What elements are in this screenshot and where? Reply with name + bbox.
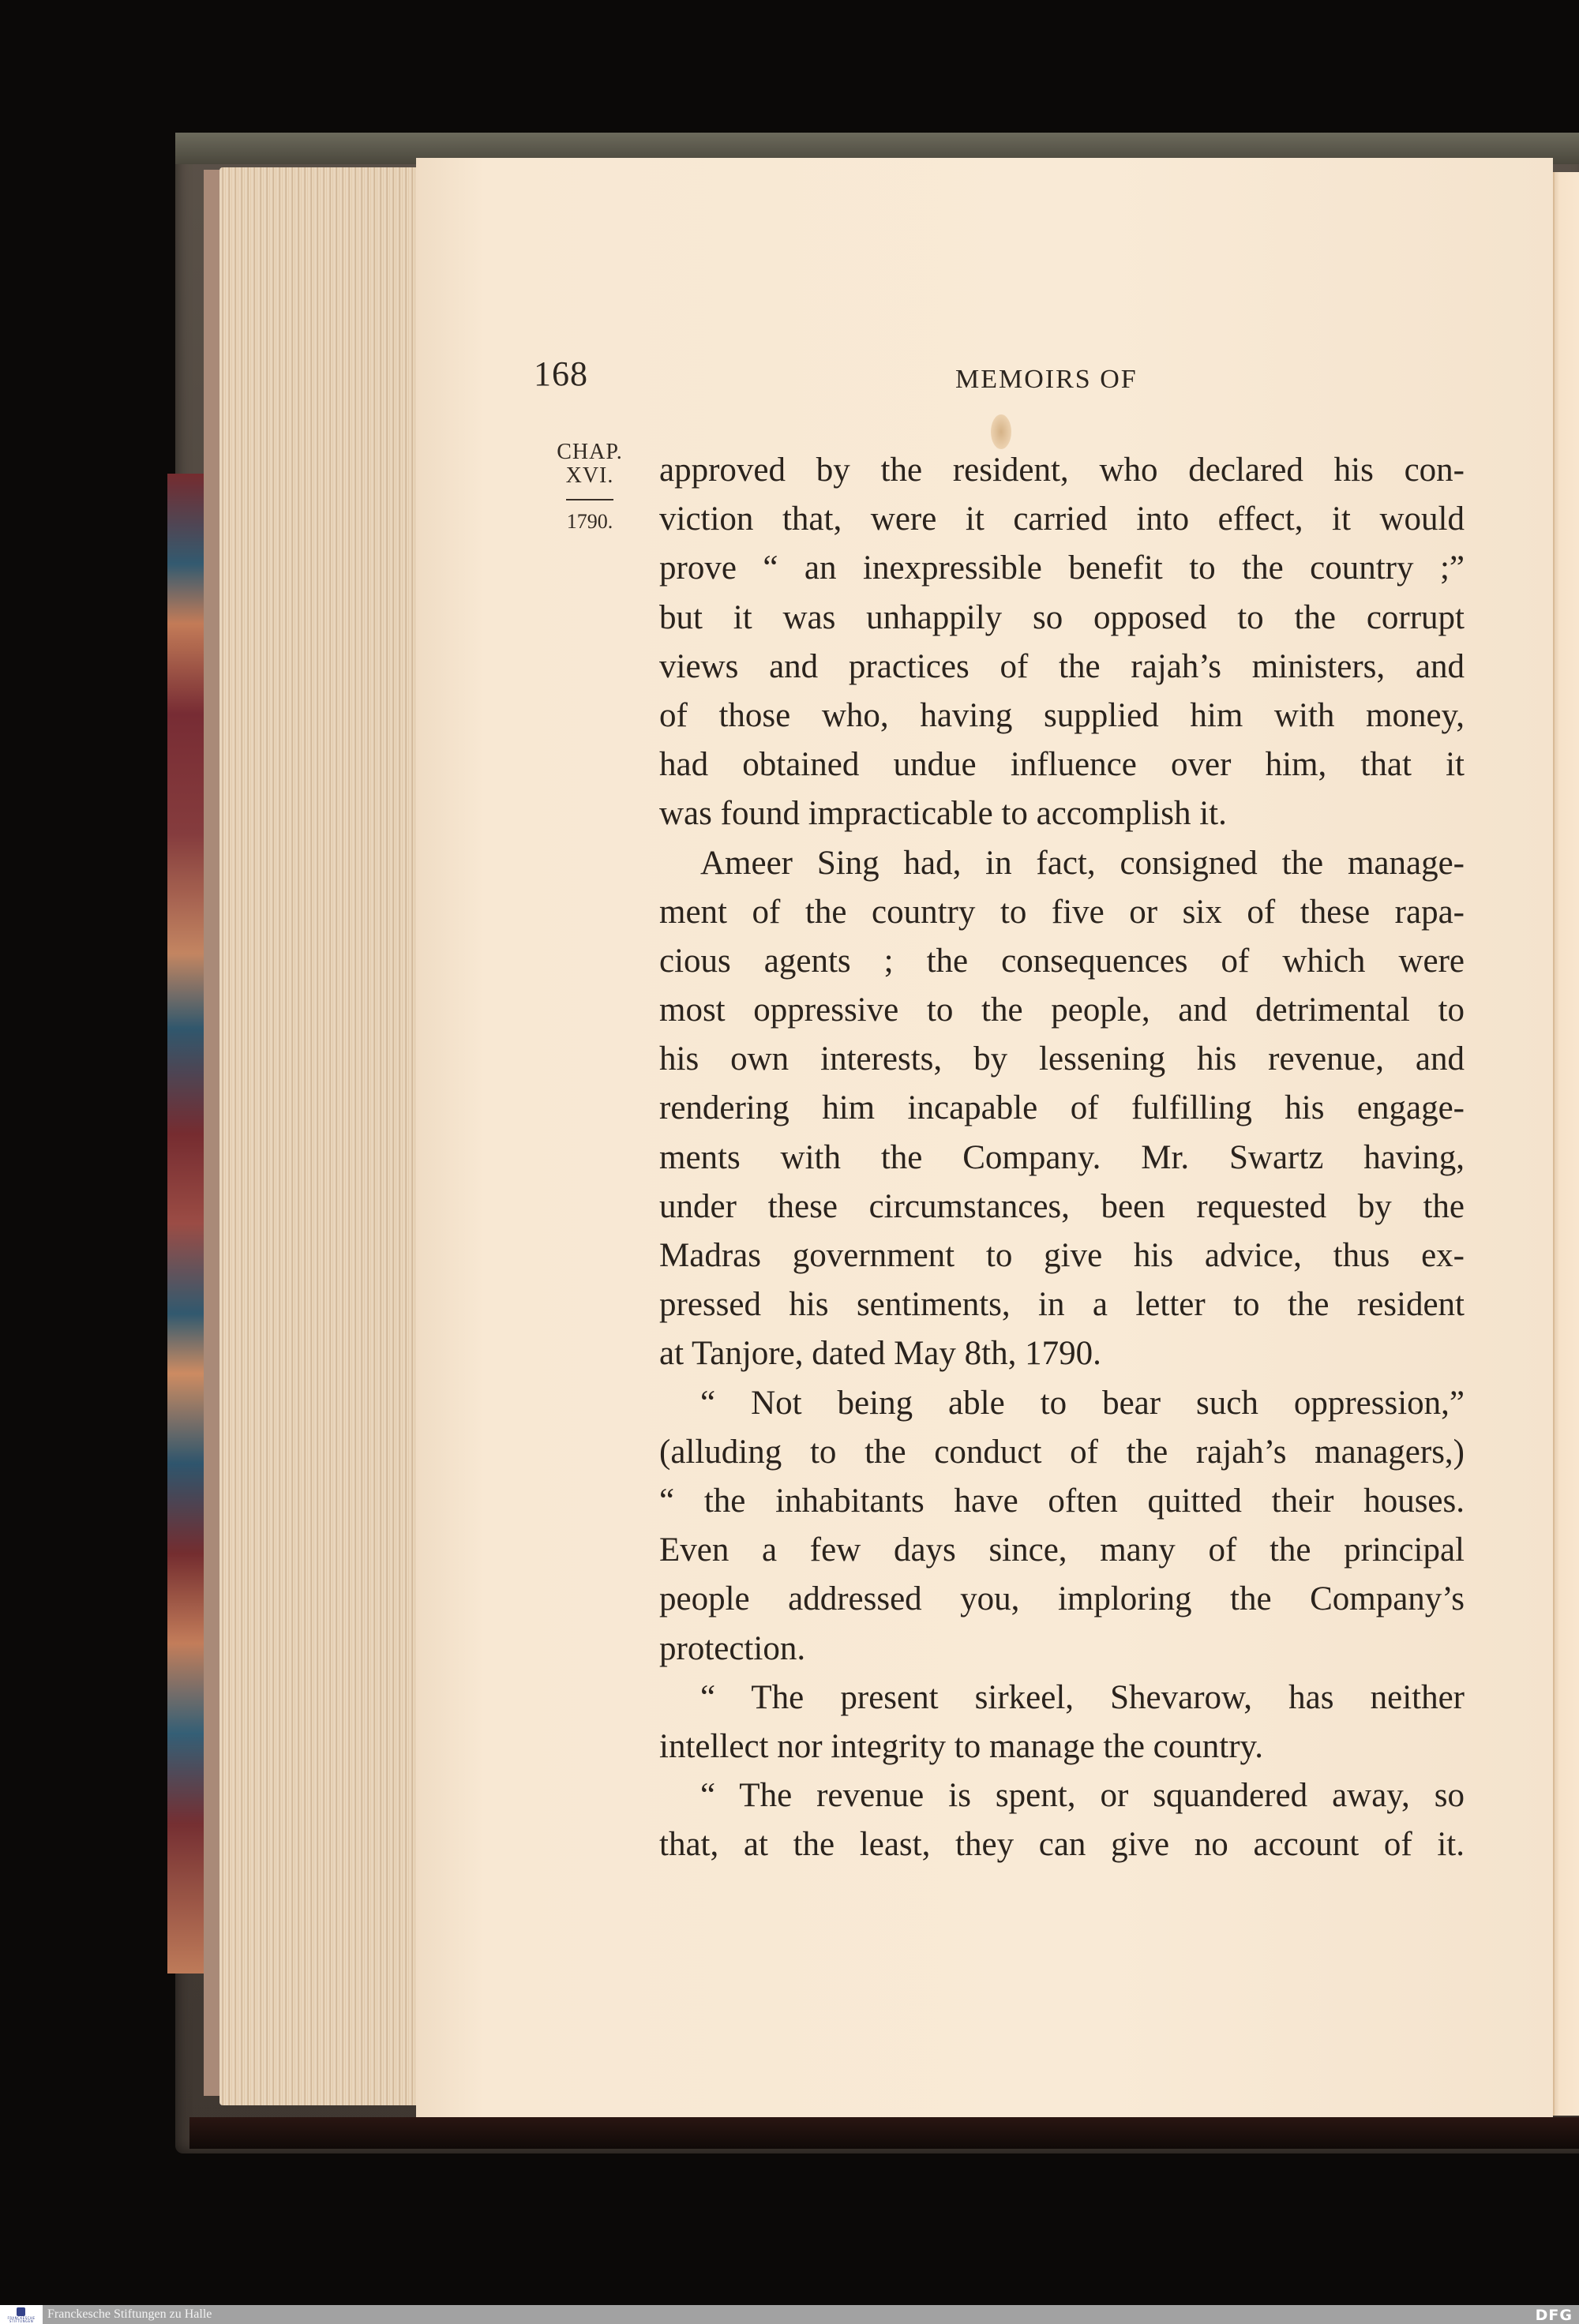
endpaper-strip (204, 170, 219, 2096)
text-line: of those who, having supplied him with m… (659, 692, 1465, 740)
text-line: that, at the least, they can give no acc… (659, 1820, 1465, 1869)
text-line: but it was unhappily so opposed to the c… (659, 594, 1465, 643)
text-line: Even a few days since, many of the princ… (659, 1526, 1465, 1575)
text-line: approved by the resident, who declared h… (659, 446, 1465, 495)
foxing-stain (991, 414, 1011, 449)
text-line: ments with the Company. Mr. Swartz havin… (659, 1134, 1465, 1183)
text-line: viction that, were it carried into effec… (659, 495, 1465, 544)
text-line: prove “ an inexpressible benefit to the … (659, 544, 1465, 593)
institution-name[interactable]: Franckesche Stiftungen zu Halle (47, 2307, 212, 2322)
text-line: at Tanjore, dated May 8th, 1790. (659, 1329, 1465, 1378)
text-line: views and practices of the rajah’s minis… (659, 643, 1465, 692)
margin-rule (566, 499, 613, 500)
margin-year: 1790. (538, 510, 641, 534)
body-text: approved by the resident, who declared h… (659, 446, 1465, 1869)
text-line: “ Not being able to bear such oppression… (659, 1379, 1465, 1428)
text-line: (alluding to the conduct of the rajah’s … (659, 1428, 1465, 1477)
text-line: rendering him incapable of fulfilling hi… (659, 1084, 1465, 1133)
text-line: cious agents ; the consequences of which… (659, 937, 1465, 986)
text-line: “ The present sirkeel, Shevarow, has nei… (659, 1674, 1465, 1722)
text-line: pressed his sentiments, in a letter to t… (659, 1280, 1465, 1329)
chapter-number: XVI. (538, 464, 641, 488)
text-line: Ameer Sing had, in fact, consigned the m… (659, 839, 1465, 888)
text-line: ment of the country to five or six of th… (659, 888, 1465, 937)
chapter-label: CHAP. (538, 440, 641, 464)
text-line: under these circumstances, been requeste… (659, 1183, 1465, 1231)
text-line: most oppressive to the people, and detri… (659, 986, 1465, 1035)
dfg-logo[interactable]: DFG (1536, 2307, 1573, 2324)
text-line: protection. (659, 1625, 1465, 1674)
viewer-footer: FRANCKESCHE STIFTUNGEN Franckesche Stift… (0, 2305, 1579, 2324)
institution-logo[interactable]: FRANCKESCHE STIFTUNGEN (0, 2305, 43, 2324)
text-line: his own interests, by lessening his reve… (659, 1035, 1465, 1084)
franckesche-emblem-icon (17, 2307, 25, 2316)
text-line: had obtained undue influence over him, t… (659, 740, 1465, 789)
marbled-endpaper-edge (167, 474, 205, 1974)
text-line: intellect nor integrity to manage the co… (659, 1722, 1465, 1771)
running-head: MEMOIRS OF (955, 365, 1138, 395)
text-line: people addressed you, imploring the Comp… (659, 1575, 1465, 1624)
text-line: “ the inhabitants have often quitted the… (659, 1477, 1465, 1526)
logo-caption-line-2: STIFTUNGEN (2, 2320, 41, 2323)
book-bottom-edge (189, 2117, 1579, 2149)
page-block-stack (219, 167, 417, 2105)
margin-note: CHAP. XVI. 1790. (538, 440, 641, 534)
text-line: was found impracticable to accomplish it… (659, 789, 1465, 838)
page-number: 168 (534, 354, 588, 394)
text-line: Madras government to give his advice, th… (659, 1231, 1465, 1280)
text-line: “ The revenue is spent, or squandered aw… (659, 1771, 1465, 1820)
facing-page-edge (1553, 172, 1579, 2116)
